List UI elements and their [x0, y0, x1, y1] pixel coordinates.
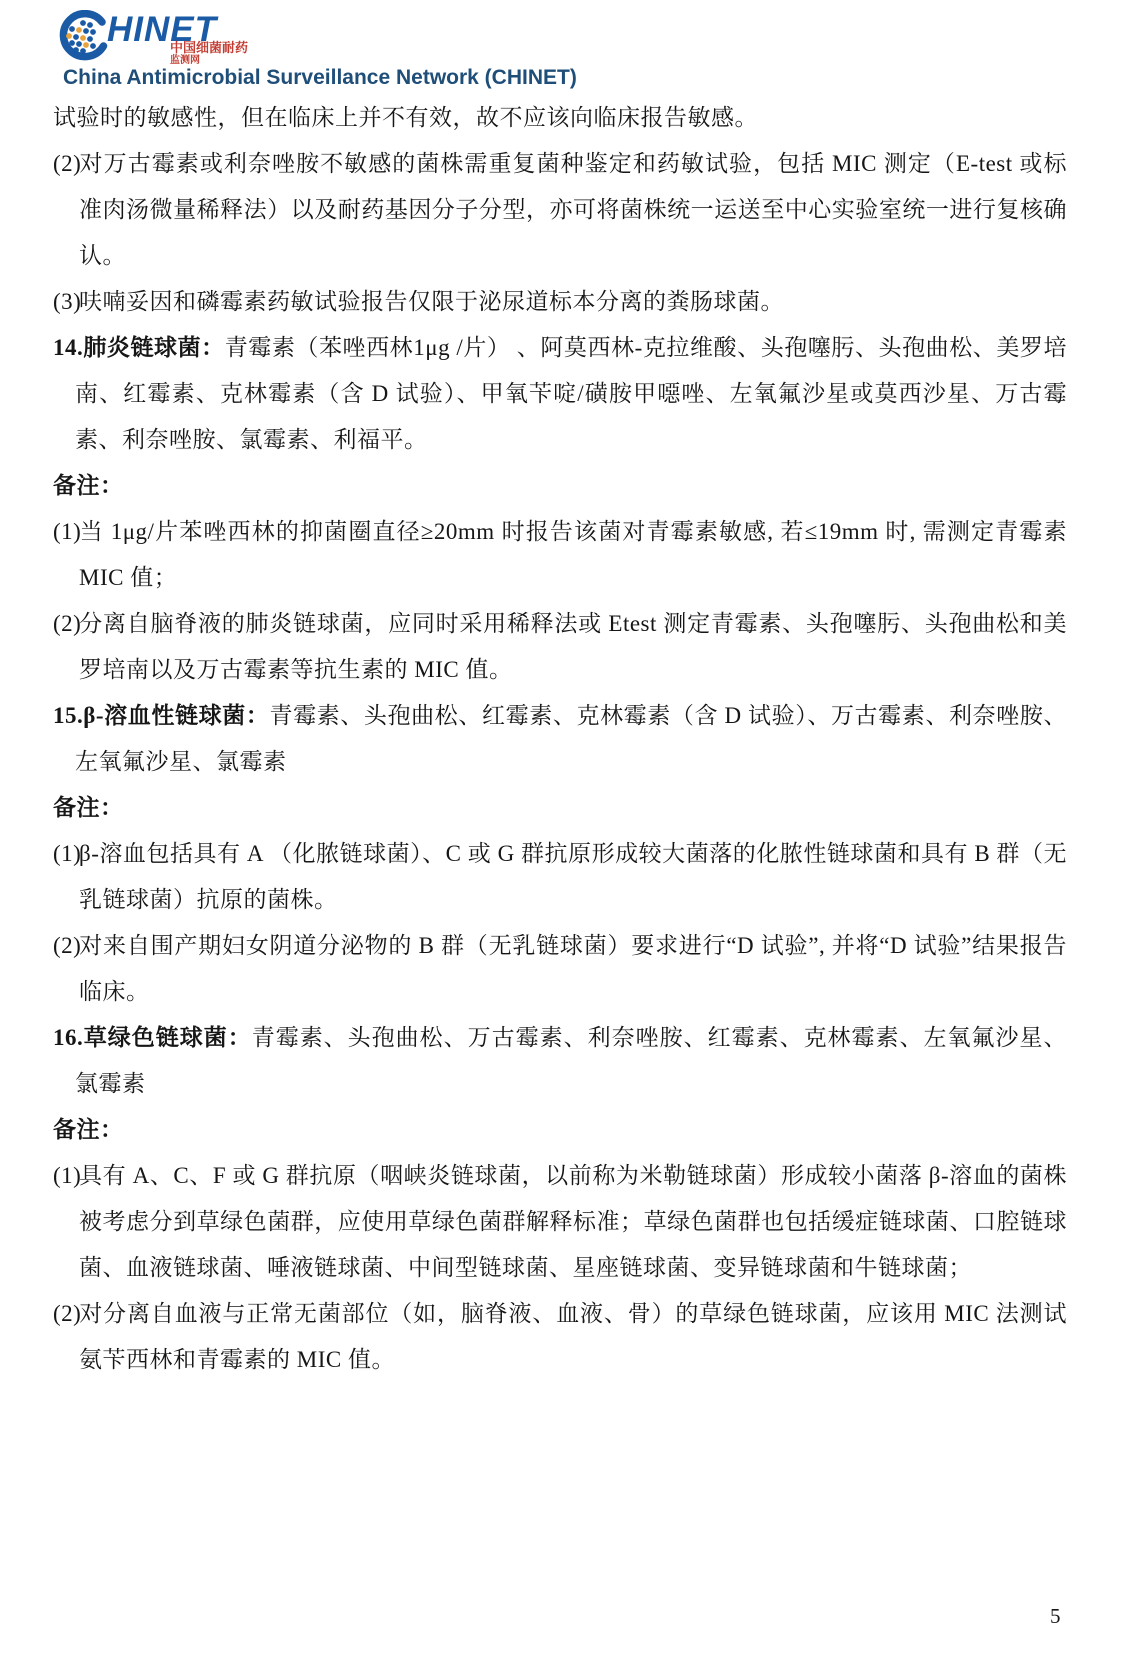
notes-label: 备注：	[53, 463, 1067, 509]
note-item: (1)具有 A、C、F 或 G 群抗原（咽峡炎链球菌，以前称为米勒链球菌）形成较…	[53, 1153, 1067, 1291]
chinet-logo-icon	[57, 10, 109, 62]
list-item: (3)呋喃妥因和磷霉素药敏试验报告仅限于泌尿道标本分离的粪肠球菌。	[53, 279, 1067, 325]
list-marker: (2)	[53, 923, 79, 969]
note-text: 对分离自血液与正常无菌部位（如，脑脊液、血液、骨）的草绿色链球菌，应该用 MIC…	[79, 1301, 1067, 1372]
list-marker: (1)	[53, 831, 79, 877]
list-text: 对万古霉素或利奈唑胺不敏感的菌株需重复菌种鉴定和药敏试验，包括 MIC 测定（E…	[79, 151, 1067, 268]
list-marker: (1)	[53, 509, 79, 555]
note-item: (2)对分离自血液与正常无菌部位（如，脑脊液、血液、骨）的草绿色链球菌，应该用 …	[53, 1291, 1067, 1383]
notes-label: 备注：	[53, 785, 1067, 831]
section-15-heading: 15.β-溶血性链球菌：青霉素、头孢曲松、红霉素、克林霉素（含 D 试验）、万古…	[53, 693, 1067, 785]
section-number: 14.	[53, 335, 83, 360]
note-item: (2)对来自围产期妇女阴道分泌物的 B 群（无乳链球菌）要求进行“D 试验”, …	[53, 923, 1067, 1015]
section-title: 草绿色链球菌：	[83, 1025, 251, 1050]
logo-tagline: China Antimicrobial Surveillance Network…	[63, 66, 483, 90]
note-item: (2)分离自脑脊液的肺炎链球菌，应同时采用稀释法或 Etest 测定青霉素、头孢…	[53, 601, 1067, 693]
list-marker: (3)	[53, 279, 79, 325]
note-text: 分离自脑脊液的肺炎链球菌，应同时采用稀释法或 Etest 测定青霉素、头孢噻肟、…	[79, 611, 1067, 682]
list-marker: (2)	[53, 601, 79, 647]
note-text: 对来自围产期妇女阴道分泌物的 B 群（无乳链球菌）要求进行“D 试验”, 并将“…	[79, 933, 1067, 1004]
section-drugs: 青霉素（苯唑西林1μg /片） 、阿莫西林-克拉维酸、头孢噻肟、头孢曲松、美罗培…	[75, 335, 1067, 452]
logo-cn-line2: 监测网	[170, 55, 248, 66]
list-marker: (2)	[53, 141, 79, 187]
list-marker: (1)	[53, 1153, 79, 1199]
logo-cn-line1: 中国细菌耐药	[170, 41, 248, 55]
intro-continuation: 试验时的敏感性，但在临床上并不有效，故不应该向临床报告敏感。	[53, 95, 1067, 141]
list-marker: (2)	[53, 1291, 79, 1337]
document-page: HINET 中国细菌耐药 监测网 China Antimicrobial Sur…	[0, 0, 1121, 1655]
notes-label: 备注：	[53, 1107, 1067, 1153]
list-item: (2)对万古霉素或利奈唑胺不敏感的菌株需重复菌种鉴定和药敏试验，包括 MIC 测…	[53, 141, 1067, 279]
section-title: β-溶血性链球菌：	[83, 703, 269, 728]
note-item: (1)当 1μg/片苯唑西林的抑菌圈直径≥20mm 时报告该菌对青霉素敏感, 若…	[53, 509, 1067, 601]
section-16-heading: 16.草绿色链球菌：青霉素、头孢曲松、万古霉素、利奈唑胺、红霉素、克林霉素、左氧…	[53, 1015, 1067, 1107]
header: HINET 中国细菌耐药 监测网 China Antimicrobial Sur…	[57, 8, 477, 93]
note-item: (1)β-溶血包括具有 A （化脓链球菌）、C 或 G 群抗原形成较大菌落的化脓…	[53, 831, 1067, 923]
note-text: 当 1μg/片苯唑西林的抑菌圈直径≥20mm 时报告该菌对青霉素敏感, 若≤19…	[79, 519, 1067, 590]
section-title: 肺炎链球菌：	[83, 335, 224, 360]
note-text: β-溶血包括具有 A （化脓链球菌）、C 或 G 群抗原形成较大菌落的化脓性链球…	[79, 841, 1067, 912]
section-number: 16.	[53, 1025, 83, 1050]
list-text: 呋喃妥因和磷霉素药敏试验报告仅限于泌尿道标本分离的粪肠球菌。	[79, 289, 784, 314]
section-number: 15.	[53, 703, 83, 728]
document-body: 试验时的敏感性，但在临床上并不有效，故不应该向临床报告敏感。 (2)对万古霉素或…	[53, 95, 1067, 1383]
section-14-heading: 14.肺炎链球菌：青霉素（苯唑西林1μg /片） 、阿莫西林-克拉维酸、头孢噻肟…	[53, 325, 1067, 463]
page-number: 5	[1050, 1604, 1061, 1629]
logo-chinese-text: 中国细菌耐药 监测网	[170, 41, 248, 66]
note-text: 具有 A、C、F 或 G 群抗原（咽峡炎链球菌，以前称为米勒链球菌）形成较小菌落…	[79, 1163, 1067, 1280]
